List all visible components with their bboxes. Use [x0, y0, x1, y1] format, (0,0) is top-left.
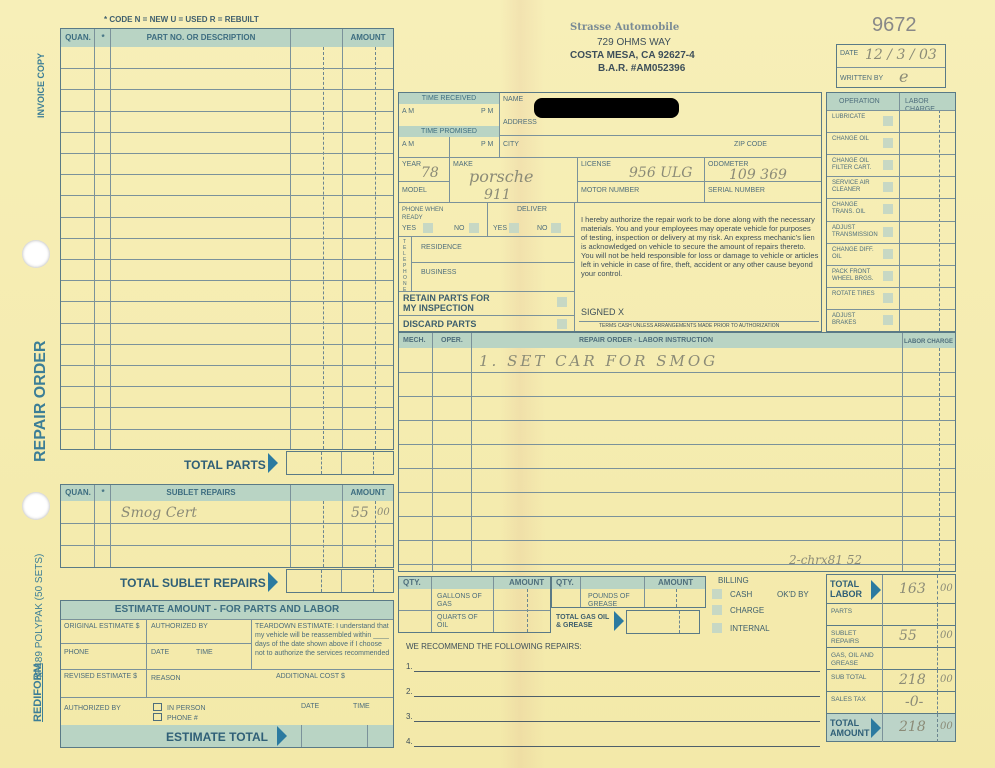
zip-label: ZIP CODE: [734, 141, 767, 149]
totals-cents[interactable]: 00: [940, 721, 953, 732]
operation-label: ROTATE TIRES: [832, 291, 880, 298]
labor-note: 2-chrx81 52: [789, 553, 862, 567]
operation-checkbox[interactable]: [883, 315, 893, 325]
time-label: TIME: [196, 649, 213, 657]
operation-label: CHANGE OIL: [832, 136, 880, 143]
deliver-no-checkbox[interactable]: [551, 223, 561, 233]
operation-label: PACK FRONT WHEEL BRGS.: [832, 269, 880, 283]
reason-label: REASON: [151, 675, 181, 683]
customer-block: TIME RECEIVED A M P M TIME PROMISED A M …: [398, 92, 822, 332]
amount-header: AMOUNT: [509, 579, 544, 587]
form-code-label: 4P489 POLYPAK (50 SETS): [34, 554, 45, 680]
estimate-section: ESTIMATE AMOUNT - FOR PARTS AND LABOR OR…: [60, 600, 394, 748]
telephone-vertical-label: TELEPHONE: [403, 239, 409, 293]
sublet-header-amount: AMOUNT: [343, 485, 393, 501]
arrow-icon: [871, 580, 881, 600]
operation-checkbox[interactable]: [883, 182, 893, 192]
date-day: 3: [896, 47, 905, 63]
qty-header: QTY.: [403, 579, 421, 587]
recommend-line[interactable]: [414, 671, 820, 672]
city-label: CITY: [503, 141, 519, 149]
operations-table: OPERATION LABOR CHARGE LUBRICATECHANGE O…: [826, 92, 956, 332]
operation-checkbox[interactable]: [883, 138, 893, 148]
parts-row-divider: [61, 280, 393, 281]
operation-item[interactable]: LUBRICATE: [827, 110, 955, 132]
name-label: NAME: [503, 96, 523, 104]
written-by-value[interactable]: e: [899, 67, 908, 86]
operation-label: CHANGE TRANS. OIL: [832, 202, 880, 216]
yes-label: YES: [493, 225, 507, 233]
charge-label: CHARGE: [730, 606, 764, 615]
yes-label: YES: [402, 225, 416, 233]
oper-header: OPER.: [441, 337, 463, 345]
additional-cost-label: ADDITIONAL COST $: [276, 673, 346, 681]
totals-row-total-labor: TOTAL LABOR16300: [826, 574, 956, 604]
gallons-label: GALLONS OF GAS: [437, 593, 487, 609]
operation-checkbox[interactable]: [883, 116, 893, 126]
labor-row-divider: [399, 564, 955, 565]
authorized-by-label: AUTHORIZED BY: [151, 623, 231, 631]
parts-row-divider: [61, 344, 393, 345]
parts-row-divider: [61, 365, 393, 366]
operation-item[interactable]: CHANGE OIL FILTER CART.: [827, 154, 955, 176]
authorization-text: I hereby authorize the repair work to be…: [581, 215, 819, 278]
sublet-row-cents[interactable]: 00: [377, 507, 390, 518]
operation-item[interactable]: PACK FRONT WHEEL BRGS.: [827, 265, 955, 287]
estimate-title: ESTIMATE AMOUNT - FOR PARTS AND LABOR: [61, 601, 393, 619]
am-label: A M: [402, 108, 414, 116]
sublet-row-amount[interactable]: 55: [351, 505, 369, 521]
license-label: LICENSE: [581, 161, 611, 169]
repair-order-form: INVOICE COPY REPAIR ORDER 4P489 POLYPAK …: [0, 0, 995, 768]
repair-order-label: REPAIR ORDER: [32, 341, 50, 463]
parts-row-divider: [61, 68, 393, 69]
totals-label: SUBLET REPAIRS: [831, 630, 877, 645]
total-sublet-field[interactable]: [286, 569, 394, 593]
charge-checkbox[interactable]: [712, 605, 722, 615]
operation-label: ADJUST TRANSMISSION: [832, 225, 880, 239]
totals-dollars[interactable]: 218: [899, 719, 926, 735]
totals-label: TOTAL LABOR: [830, 579, 870, 599]
labor-instruction-header: REPAIR ORDER - LABOR INSTRUCTION: [579, 337, 713, 345]
pm-label: P M: [481, 141, 493, 149]
totals-label: SUB TOTAL: [831, 674, 877, 682]
no-label: NO: [537, 225, 548, 233]
deliver-yes-checkbox[interactable]: [509, 223, 519, 233]
sublet-row-desc[interactable]: Smog Cert: [121, 505, 197, 521]
serial-number-label: SERIAL NUMBER: [708, 187, 765, 195]
labor-row-divider: [399, 372, 955, 373]
retain-parts-label: RETAIN PARTS FOR MY INSPECTION: [403, 293, 503, 313]
motor-number-label: MOTOR NUMBER: [581, 187, 639, 195]
recommend-number: 4.: [406, 737, 413, 746]
totals-row-total-amount: TOTAL AMOUNT21800: [826, 714, 956, 742]
totals-cents[interactable]: 00: [940, 583, 953, 594]
residence-label: RESIDENCE: [421, 244, 462, 252]
labor-row-divider: [399, 540, 955, 541]
shop-city: COSTA MESA, CA 92627-4: [570, 50, 695, 61]
make-value[interactable]: porsche: [469, 167, 533, 186]
cash-checkbox[interactable]: [712, 589, 722, 599]
license-value[interactable]: 956 ULG: [629, 165, 692, 181]
labor-row-divider: [399, 444, 955, 445]
operation-label: ADJUST BRAKES: [832, 313, 880, 327]
invoice-copy-label: INVOICE COPY: [36, 53, 46, 118]
binder-hole: [22, 240, 50, 268]
date-year: 03: [919, 47, 937, 63]
date-written-box: DATE 12 / 3 / 03 WRITTEN BY e: [836, 44, 946, 88]
in-person-label: IN PERSON: [167, 705, 206, 713]
authorized-by-2-label: AUTHORIZED BY: [64, 705, 124, 713]
totals-cents[interactable]: 00: [940, 674, 953, 685]
parts-row-divider: [61, 238, 393, 239]
labor-table: MECH. OPER. REPAIR ORDER - LABOR INSTRUC…: [398, 332, 956, 572]
arrow-icon: [277, 726, 287, 746]
labor-row-divider: [399, 420, 955, 421]
parts-row-divider: [61, 323, 393, 324]
quarts-label: QUARTS OF OIL: [437, 614, 487, 630]
total-sublet-label: TOTAL SUBLET REPAIRS: [120, 576, 266, 590]
recommend-title: WE RECOMMEND THE FOLLOWING REPAIRS:: [406, 642, 582, 651]
parts-row-divider: [61, 386, 393, 387]
recommend-line[interactable]: [414, 746, 820, 747]
no-label: NO: [454, 225, 465, 233]
okd-by-label: OK'D BY: [777, 590, 809, 599]
pounds-grease-label: POUNDS OF GREASE: [588, 593, 644, 609]
recommend-number: 2.: [406, 687, 413, 696]
internal-label: INTERNAL: [730, 624, 770, 633]
code-legend: * CODE N = NEW U = USED R = REBUILT: [104, 15, 259, 24]
total-gas-label: TOTAL GAS OIL & GREASE: [556, 614, 616, 630]
grease-table: QTY. AMOUNT POUNDS OF GREASE: [551, 576, 706, 608]
recommend-line[interactable]: [414, 696, 820, 697]
original-estimate-label: ORIGINAL ESTIMATE $: [64, 623, 144, 631]
operation-label: CHANGE DIFF. OIL: [832, 247, 880, 261]
parts-header-code: *: [95, 29, 111, 47]
shop-address: 729 OHMS WAY: [597, 37, 671, 48]
deliver-label: DELIVER: [517, 206, 547, 214]
totals-dollars[interactable]: -0-: [905, 694, 923, 710]
totals-panel: TOTAL LABOR16300PARTSSUBLET REPAIRS5500G…: [826, 574, 956, 746]
arrow-icon: [268, 572, 278, 592]
totals-dollars[interactable]: 218: [899, 672, 926, 688]
parts-header-quan: QUAN.: [61, 29, 95, 47]
internal-checkbox[interactable]: [712, 623, 722, 633]
operation-checkbox[interactable]: [883, 271, 893, 281]
recommend-line[interactable]: [414, 721, 820, 722]
date-label: DATE: [151, 649, 169, 657]
arrow-icon: [268, 453, 278, 473]
totals-cents[interactable]: 00: [940, 630, 953, 641]
total-gas-field[interactable]: [626, 610, 700, 634]
labor-row-divider: [399, 492, 955, 493]
date-month: 12: [865, 47, 883, 63]
date-value[interactable]: 12 / 3 / 03: [865, 47, 937, 63]
sublet-table: QUAN. * SUBLET REPAIRS AMOUNT Smog Cert …: [60, 484, 394, 568]
totals-row-tax: SALES TAX-0-: [826, 692, 956, 714]
totals-row-sublet: SUBLET REPAIRS5500: [826, 626, 956, 648]
labor-charge-header: LABOR CHARGE: [904, 338, 953, 346]
parts-header-amount: AMOUNT: [343, 29, 393, 47]
parts-row-divider: [61, 153, 393, 154]
labor-row-divider: [399, 396, 955, 397]
phone-checkbox[interactable]: [153, 713, 162, 721]
totals-dollars[interactable]: 55: [899, 628, 917, 644]
phone-label: PHONE: [64, 649, 89, 657]
signed-field[interactable]: SIGNED X: [581, 307, 624, 317]
parts-row-divider: [61, 195, 393, 196]
amount-header: AMOUNT: [658, 579, 693, 587]
parts-row-divider: [61, 174, 393, 175]
operation-checkbox[interactable]: [883, 249, 893, 259]
shop-bar: B.A.R. #AM052396: [598, 63, 685, 74]
time-promised-header: TIME PROMISED: [399, 126, 499, 137]
revised-estimate-label: REVISED ESTIMATE $: [64, 673, 144, 681]
retain-parts-checkbox[interactable]: [557, 297, 567, 307]
business-label: BUSINESS: [421, 269, 456, 277]
mech-header: MECH.: [403, 337, 426, 345]
labor-row-divider: [399, 468, 955, 469]
qty-header: QTY.: [556, 579, 574, 587]
model-value[interactable]: 911: [484, 187, 511, 203]
name-redacted: [534, 98, 679, 118]
in-person-checkbox[interactable]: [153, 703, 162, 711]
pm-label: P M: [481, 108, 493, 116]
sublet-header-code: *: [95, 485, 111, 501]
date-label: DATE: [840, 50, 858, 58]
totals-row-parts: PARTS: [826, 604, 956, 626]
parts-header-desc: PART NO. OR DESCRIPTION: [111, 29, 291, 47]
recommend-number: 3.: [406, 712, 413, 721]
operation-checkbox[interactable]: [883, 204, 893, 214]
parts-row-divider: [61, 111, 393, 112]
total-parts-field[interactable]: [286, 451, 394, 475]
parts-row-divider: [61, 89, 393, 90]
totals-label: TOTAL AMOUNT: [830, 718, 870, 738]
totals-dollars[interactable]: 163: [899, 581, 926, 597]
operation-checkbox[interactable]: [883, 160, 893, 170]
totals-label: PARTS: [831, 608, 877, 616]
totals-label: SALES TAX: [831, 696, 877, 704]
operation-item[interactable]: CHANGE OIL: [827, 132, 955, 154]
phone-ready-yes-checkbox[interactable]: [423, 223, 433, 233]
labor-instruction-line[interactable]: 1. SET CAR FOR SMOG: [479, 352, 718, 370]
gas-oil-table: QTY. AMOUNT GALLONS OF GAS QUARTS OF OIL: [398, 576, 551, 633]
billing-label: BILLING: [718, 576, 749, 585]
time-2-label: TIME: [353, 703, 370, 711]
shop-name: Strasse Automobile: [570, 22, 679, 33]
parts-row-divider: [61, 407, 393, 408]
cash-label: CASH: [730, 590, 752, 599]
sublet-header-desc: SUBLET REPAIRS: [111, 485, 291, 501]
parts-row-divider: [61, 429, 393, 430]
arrow-icon: [871, 718, 881, 738]
operation-item[interactable]: ADJUST TRANSMISSION: [827, 221, 955, 243]
phone-number-label: PHONE #: [167, 715, 198, 723]
totals-label: GAS, OIL AND GREASE: [831, 652, 877, 667]
operation-checkbox[interactable]: [883, 227, 893, 237]
operation-item[interactable]: ADJUST BRAKES: [827, 309, 955, 331]
order-number: 9672: [872, 14, 917, 37]
totals-row-subtotal: SUB TOTAL21800: [826, 670, 956, 692]
recommend-number: 1.: [406, 662, 413, 671]
phone-when-ready-label: PHONE WHEN READY: [402, 206, 462, 222]
written-by-label: WRITTEN BY: [840, 75, 883, 83]
teardown-text: TEARDOWN ESTIMATE: I understand that my …: [255, 622, 391, 658]
estimate-total-label: ESTIMATE TOTAL: [166, 730, 268, 744]
terms-text: TERMS CASH UNLESS ARRANGEMENTS MADE PRIO…: [599, 323, 779, 329]
labor-row-divider: [399, 516, 955, 517]
parts-row-divider: [61, 217, 393, 218]
parts-row-divider: [61, 301, 393, 302]
rediform-brand: REDIFORM: [32, 663, 44, 722]
arrow-icon: [614, 611, 624, 631]
year-label: YEAR: [402, 161, 421, 169]
time-received-header: TIME RECEIVED: [399, 93, 499, 104]
discard-parts-checkbox[interactable]: [557, 319, 567, 329]
operation-item[interactable]: CHANGE TRANS. OIL: [827, 198, 955, 220]
binder-hole: [22, 492, 50, 520]
parts-row-divider: [61, 259, 393, 260]
operation-header: OPERATION: [839, 98, 880, 106]
date-2-label: DATE: [301, 703, 319, 711]
operation-item[interactable]: CHANGE DIFF. OIL: [827, 243, 955, 265]
operation-label: CHANGE OIL FILTER CART.: [832, 158, 880, 172]
parts-row-divider: [61, 132, 393, 133]
discard-parts-label: DISCARD PARTS: [403, 319, 476, 329]
year-value[interactable]: 78: [421, 165, 439, 181]
operation-label: SERVICE AIR CLEANER: [832, 180, 880, 194]
model-label: MODEL: [402, 187, 427, 195]
operation-label: LUBRICATE: [832, 114, 880, 121]
phone-ready-no-checkbox[interactable]: [469, 223, 479, 233]
operation-checkbox[interactable]: [883, 293, 893, 303]
parts-table: QUAN. * PART NO. OR DESCRIPTION AMOUNT: [60, 28, 394, 450]
operation-item[interactable]: ROTATE TIRES: [827, 287, 955, 309]
totals-row-gas: GAS, OIL AND GREASE: [826, 648, 956, 670]
sublet-header-quan: QUAN.: [61, 485, 95, 501]
address-label: ADDRESS: [503, 119, 537, 127]
total-parts-label: TOTAL PARTS: [184, 458, 266, 472]
operation-item[interactable]: SERVICE AIR CLEANER: [827, 176, 955, 198]
am-label: A M: [402, 141, 414, 149]
